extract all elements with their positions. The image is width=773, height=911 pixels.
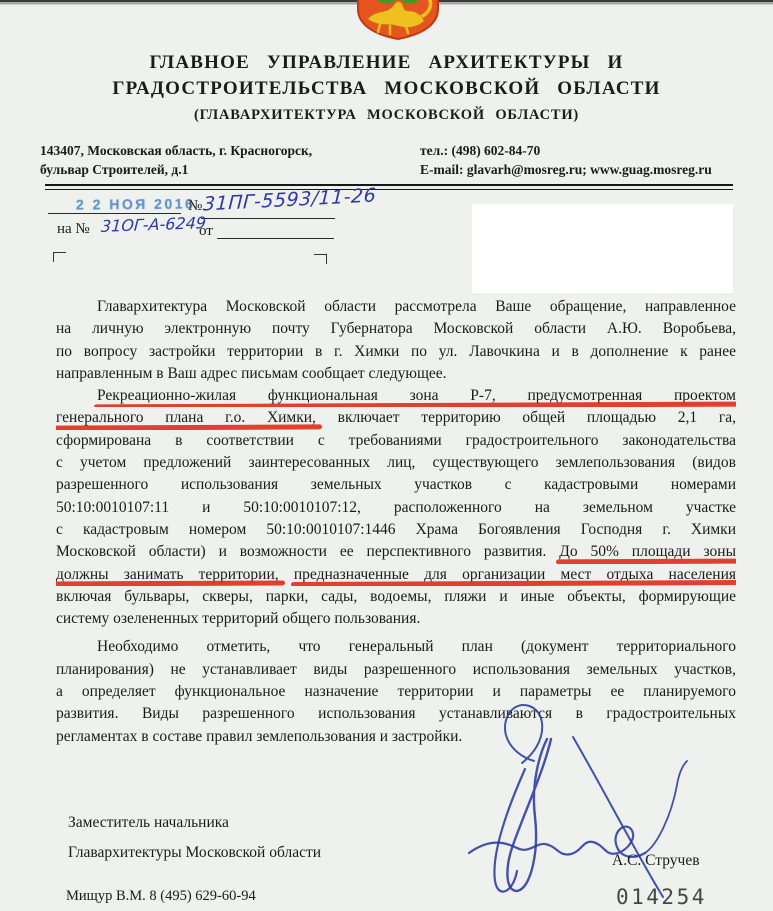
address-corner-mark-right <box>314 254 327 264</box>
body-text-segment: систему озелененных территорий общего по… <box>56 610 420 627</box>
signer-position-line1: Заместитель начальника <box>68 808 321 838</box>
body-text-segment: по вопросу застройки территории в г. Хим… <box>56 343 736 360</box>
body-line: планирования) не устанавливает виды разр… <box>56 659 736 681</box>
org-address: 143407, Московская область, г. Красногор… <box>40 141 312 179</box>
body-line: 50:10:0010107:11 и 50:10:0010107:12, рас… <box>56 497 736 519</box>
body-line: Необходимо отметить, что генеральный пла… <box>56 636 736 658</box>
letterhead-divider <box>45 184 733 190</box>
body-text-segment: развития. Виды разрешенного использовани… <box>56 705 736 722</box>
org-address-line1: 143407, Московская область, г. Красногор… <box>40 141 312 160</box>
body-line: должны занимать территории, предназначен… <box>56 564 736 586</box>
body-text-segment: с учетом предложений заинтересованных ли… <box>56 454 736 471</box>
body-line: Московской области) и возможности ее пер… <box>56 541 736 563</box>
body-text-segment: Необходимо отметить, что генеральный пла… <box>97 638 736 655</box>
body-text-segment: сформирована в соответствии с требования… <box>56 432 736 449</box>
red-underlined-text: Рекреационно-жилая функциональная зона Р… <box>97 387 736 404</box>
body-text-segment: на личную электронную почту Губернатора … <box>56 320 736 337</box>
body-line: Главархитектура Московской области рассм… <box>56 296 736 318</box>
incoming-number-handwritten: 31ОГ-А-6249 <box>100 213 206 236</box>
body-text-segment: Главархитектура Московской области рассм… <box>97 298 736 315</box>
date-stamp: 2 2 НОЯ 2016 <box>76 195 195 212</box>
body-text: Главархитектура Московской области рассм… <box>56 296 736 748</box>
body-text-segment: регламентах в составе правил землепользо… <box>56 728 462 745</box>
from-date-underline <box>217 238 334 239</box>
signer-name: А.С. Стручев <box>612 852 700 870</box>
incoming-label: на № <box>57 221 90 238</box>
body-line: на личную электронную почту Губернатора … <box>56 318 736 340</box>
red-underlined-text: генерального плана г.о. Химки, <box>56 409 316 426</box>
org-name-line3: (ГЛАВАРХИТЕКТУРА МОСКОВСКОЙ ОБЛАСТИ) <box>0 103 773 127</box>
body-line: сформирована в соответствии с требования… <box>56 430 736 452</box>
body-line: разрешенного использования земельных уча… <box>56 474 736 496</box>
body-line: а определяет функциональное назначение т… <box>56 681 736 703</box>
scanned-letter-page: ГЛАВНОЕ УПРАВЛЕНИЕ АРХИТЕКТУРЫ И ГРАДОСТ… <box>0 0 773 911</box>
moscow-region-emblem-icon <box>354 0 442 40</box>
red-underlined-text: До 50% площади зоны <box>559 543 736 560</box>
signer-position-line2: Главархитектуры Московской области <box>68 838 321 868</box>
body-line: систему озелененных территорий общего по… <box>56 608 736 630</box>
body-line: Рекреационно-жилая функциональная зона Р… <box>56 385 736 407</box>
body-text-segment: Московской области) и возможности ее пер… <box>56 543 559 560</box>
body-text-segment: с кадастровым номером 50:10:0010107:1446… <box>56 521 736 538</box>
body-line: генерального плана г.о. Химки, включает … <box>56 407 736 429</box>
red-underlined-text: должны занимать территории, <box>56 566 279 583</box>
org-name-line1: ГЛАВНОЕ УПРАВЛЕНИЕ АРХИТЕКТУРЫ И <box>0 50 773 76</box>
signer-position: Заместитель начальника Главархитектуры М… <box>68 808 321 868</box>
outgoing-number-underline <box>201 218 335 219</box>
body-line: включая бульвары, скверы, парки, сады, в… <box>56 586 736 608</box>
org-email: E-mail: glavarh@mosreg.ru; www.guag.mosr… <box>420 160 712 179</box>
body-text-segment: разрешенного использования земельных уча… <box>56 476 736 493</box>
body-text-segment: а определяет функциональное назначение т… <box>56 683 736 700</box>
org-name-line2: ГРАДОСТРОИТЕЛЬСТВА МОСКОВСКОЙ ОБЛАСТИ <box>0 76 773 102</box>
signature-ink <box>455 733 690 905</box>
body-line: с кадастровым номером 50:10:0010107:1446… <box>56 519 736 541</box>
page-stamp-number: 014254 <box>616 885 707 909</box>
body-text-segment: 50:10:0010107:11 и 50:10:0010107:12, рас… <box>56 499 736 516</box>
org-contacts: тел.: (498) 602-84-70 E-mail: glavarh@mo… <box>420 141 712 179</box>
org-address-line2: бульвар Строителей, д.1 <box>40 160 312 179</box>
executor-contact: Мищур В.М. 8 (495) 629-60-94 <box>66 888 256 905</box>
redaction-box <box>472 204 733 293</box>
body-line: с учетом предложений заинтересованных ли… <box>56 452 736 474</box>
red-underlined-text: предназначенные для организации мест отд… <box>294 566 736 583</box>
body-line: развития. Виды разрешенного использовани… <box>56 703 736 725</box>
body-text-segment: направленным в Ваш адрес письмам сообщае… <box>56 365 447 382</box>
address-corner-mark-left <box>53 252 66 262</box>
from-label: от <box>199 223 213 240</box>
org-phone: тел.: (498) 602-84-70 <box>420 141 712 160</box>
body-line: по вопросу застройки территории в г. Хим… <box>56 341 736 363</box>
body-line: направленным в Ваш адрес письмам сообщае… <box>56 363 736 385</box>
body-text-segment: включает территорию общей площадью 2,1 г… <box>316 409 736 426</box>
organization-header: ГЛАВНОЕ УПРАВЛЕНИЕ АРХИТЕКТУРЫ И ГРАДОСТ… <box>0 50 773 127</box>
body-text-segment: включая бульвары, скверы, парки, сады, в… <box>56 588 736 605</box>
body-text-segment: планирования) не устанавливает виды разр… <box>56 661 736 678</box>
